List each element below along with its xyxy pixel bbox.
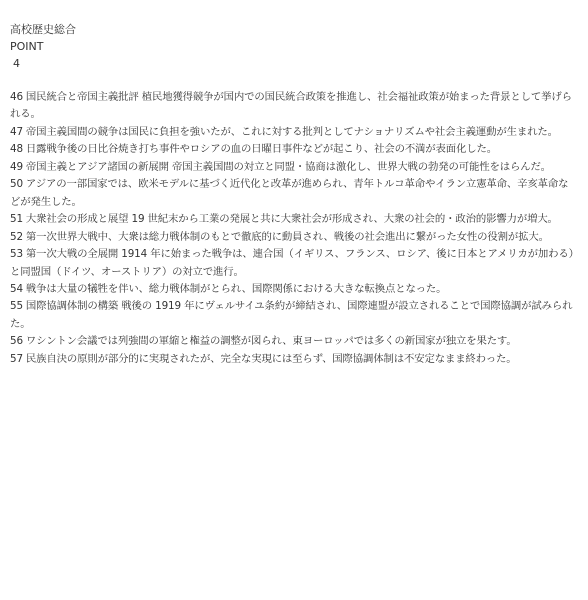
point-item-57: 57民族自決の原則が部分的に実現されたが、完全な実現には至らず、国際協調体制は不… — [10, 351, 578, 368]
point-item-50: 50アジアの一部国家では、欧米モデルに基づく近代化と改革が進められ、青年トルコ革… — [10, 176, 578, 211]
point-number: 51 — [10, 213, 23, 225]
point-number: 47 — [10, 126, 23, 138]
point-item-48: 48日露戦争後の日比谷焼き打ち事件やロシアの血の日曜日事件などが起こり、社会の不… — [10, 141, 578, 158]
point-text: 第一次大戦の全展開 1914 年に始まった戦争は、連合国（イギリス、フランス、ロ… — [10, 248, 574, 277]
point-number: 55 — [10, 300, 23, 312]
section-label: POINT — [10, 38, 76, 55]
point-item-52: 52第一次世界大戦中、大衆は総力戦体制のもとで徹底的に動員され、戦後の社会進出に… — [10, 229, 578, 246]
point-text: 国民統合と帝国主義批評 植民地獲得競争が国内での国民統合政策を推進し、社会福祉政… — [10, 91, 572, 120]
point-item-46: 46国民統合と帝国主義批評 植民地獲得競争が国内での国民統合政策を推進し、社会福… — [10, 89, 578, 124]
point-number: 52 — [10, 231, 23, 243]
point-text: 第一次世界大戦中、大衆は総力戦体制のもとで徹底的に動員され、戦後の社会進出に繋が… — [26, 231, 549, 243]
point-number: 56 — [10, 335, 23, 347]
point-item-53: 53第一次大戦の全展開 1914 年に始まった戦争は、連合国（イギリス、フランス… — [10, 246, 578, 281]
subject-title: 高校歴史総合 — [10, 21, 76, 38]
points-list: 46国民統合と帝国主義批評 植民地獲得競争が国内での国民統合政策を推進し、社会福… — [10, 89, 578, 368]
point-number: 48 — [10, 143, 23, 155]
point-item-47: 47帝国主義国間の競争は国民に負担を強いたが、これに対する批判としてナショナリズ… — [10, 124, 578, 141]
point-text: 帝国主義国間の競争は国民に負担を強いたが、これに対する批判としてナショナリズムや… — [26, 126, 558, 138]
point-number: 54 — [10, 283, 23, 295]
point-number: 53 — [10, 248, 23, 260]
point-number: 49 — [10, 161, 23, 173]
point-text: アジアの一部国家では、欧米モデルに基づく近代化と改革が進められ、青年トルコ革命や… — [10, 178, 568, 207]
point-text: 国際協調体制の構築 戦後の 1919 年にヴェルサイユ条約が締結され、国際連盟が… — [10, 300, 572, 329]
point-text: 大衆社会の形成と展望 19 世紀末から工業の発展と共に大衆社会が形成され、大衆の… — [26, 213, 558, 225]
page-number: 4 — [10, 55, 76, 72]
point-item-55: 55国際協調体制の構築 戦後の 1919 年にヴェルサイユ条約が締結され、国際連… — [10, 298, 578, 333]
point-text: 日露戦争後の日比谷焼き打ち事件やロシアの血の日曜日事件などが起こり、社会の不満が… — [26, 143, 497, 155]
point-item-49: 49帝国主義とアジア諸国の新展開 帝国主義国間の対立と同盟・協商は激化し、世界大… — [10, 159, 578, 176]
point-number: 50 — [10, 178, 23, 190]
point-number: 46 — [10, 91, 23, 103]
point-item-54: 54戦争は大量の犠牲を伴い、総力戦体制がとられ、国際関係における大きな転換点とな… — [10, 281, 578, 298]
point-text: 民族自決の原則が部分的に実現されたが、完全な実現には至らず、国際協調体制は不安定… — [26, 353, 517, 365]
point-item-56: 56ワシントン会議では列強間の軍縮と権益の調整が図られ、東ヨーロッパでは多くの新… — [10, 333, 578, 350]
point-text: 帝国主義とアジア諸国の新展開 帝国主義国間の対立と同盟・協商は激化し、世界大戦の… — [26, 161, 551, 173]
point-text: ワシントン会議では列強間の軍縮と権益の調整が図られ、東ヨーロッパでは多くの新国家… — [26, 335, 517, 347]
point-number: 57 — [10, 353, 23, 365]
point-item-51: 51大衆社会の形成と展望 19 世紀末から工業の発展と共に大衆社会が形成され、大… — [10, 211, 578, 228]
point-text: 戦争は大量の犠牲を伴い、総力戦体制がとられ、国際関係における大きな転換点となった… — [26, 283, 447, 295]
document-header: 高校歴史総合 POINT 4 — [10, 21, 76, 73]
